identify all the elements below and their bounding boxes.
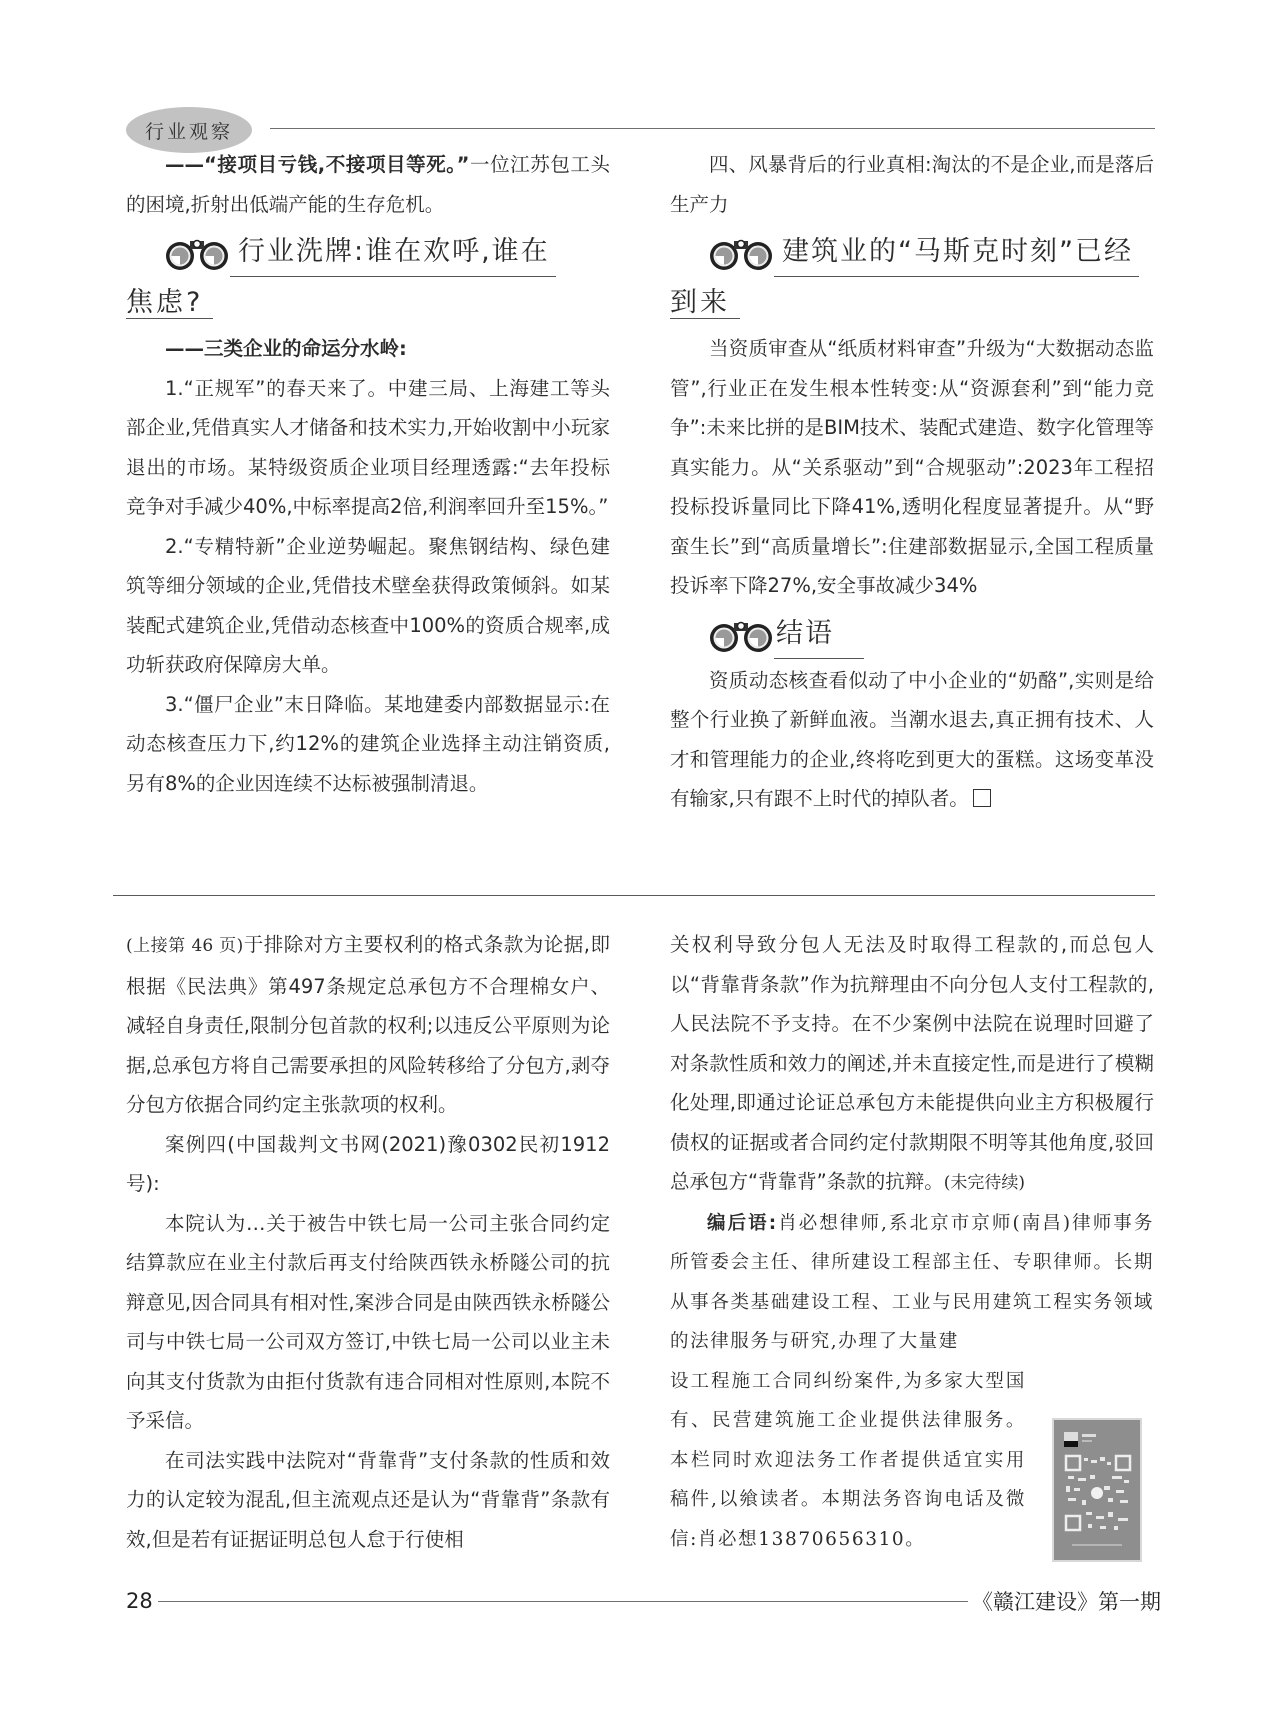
continued-paragraph: (上接第 46 页)于排除对方主要权利的格式条款为论据,即根据《民法典》第497…	[126, 925, 610, 1125]
intro-quote: ——“接项目亏钱,不接项目等死。”	[165, 153, 469, 176]
section-title-line2-wrap: 焦虑?	[126, 279, 610, 327]
intro-paragraph: ——“接项目亏钱,不接项目等死。”一位江苏包工头的困境,折射出低端产能的生存危机…	[126, 145, 610, 224]
top-right-column: 四、风暴背后的行业真相:淘汰的不是企业,而是落后生产力 建筑业的“马斯克时刻”已…	[670, 145, 1154, 819]
heading-four: 四、风暴背后的行业真相:淘汰的不是企业,而是落后生产力	[670, 145, 1154, 224]
court-opinion: 本院认为…关于被告中铁七局一公司主张合同约定结算款应在业主付款后再支付给陕西铁永…	[126, 1204, 610, 1441]
to-be-continued: (未完待续)	[944, 1173, 1025, 1193]
list-item: 3.“僵尸企业”末日降临。某地建委内部数据显示:在动态核查压力下,约12%的建筑…	[126, 685, 610, 804]
list-item: 1.“正规军”的春天来了。中建三局、上海建工等头部企业,凭借真实人才储备和技术实…	[126, 369, 610, 527]
binoculars-icon	[708, 619, 774, 653]
continuation-paragraph: 关权利导致分包人无法及时取得工程款的,而总包人以“背靠背条款”作为抗辩理由不向分…	[670, 925, 1154, 1204]
binoculars-icon	[164, 237, 230, 271]
magazine-issue: 《赣江建设》第一期	[972, 1586, 1161, 1616]
editor-note: 编后语:肖必想律师,系北京市京师(南昌)律师事务所管委会主任、律所建设工程部主任…	[670, 1204, 1154, 1362]
header-rule	[270, 128, 1155, 129]
page-number: 28	[126, 1589, 153, 1613]
wechat-qr-code	[1052, 1418, 1142, 1562]
body-paragraph: 当资质审查从“纸质材料审查”升级为“大数据动态监管”,行业正在发生根本性转变:从…	[670, 329, 1154, 606]
subheading: ——三类企业的命运分水岭:	[126, 329, 610, 369]
conclusion-title: 结语	[774, 610, 864, 659]
editor-note-continued: 设工程施工合同纠纷案件,为多家大型国有、民营建筑施工企业提供法律服务。本栏同时欢…	[670, 1362, 1026, 1560]
top-left-column: ——“接项目亏钱,不接项目等死。”一位江苏包工头的困境,折射出低端产能的生存危机…	[126, 145, 610, 803]
conclusion-paragraph: 资质动态核查看似动了中小企业的“奶酪”,实则是给整个行业换了新鲜血液。当潮水退去…	[670, 661, 1154, 819]
continued-text: 于排除对方主要权利的格式条款为论据,即根据《民法典》第497条规定总承包方不合理…	[126, 933, 610, 1116]
footer-rule	[158, 1601, 968, 1602]
continuation-text: 关权利导致分包人无法及时取得工程款的,而总包人以“背靠背条款”作为抗辩理由不向分…	[670, 933, 1154, 1193]
section-heading-reshuffle: 行业洗牌:谁在欢呼,谁在	[126, 228, 610, 277]
list-item: 2.“专精特新”企业逆势崛起。聚焦钢结构、绿色建筑等细分领域的企业,凭借技术壁垒…	[126, 527, 610, 685]
binoculars-icon	[708, 237, 774, 271]
section-title-line2-wrap: 到来	[670, 279, 1154, 327]
bottom-left-column: (上接第 46 页)于排除对方主要权利的格式条款为论据,即根据《民法典》第497…	[126, 925, 610, 1559]
qr-code-image	[1054, 1420, 1140, 1560]
section-heading-musk: 建筑业的“马斯克时刻”已经	[670, 228, 1154, 277]
practice-paragraph: 在司法实践中法院对“背靠背”支付条款的性质和效力的认定较为混乱,但主流观点还是认…	[126, 1441, 610, 1560]
section-title-line2: 到来	[670, 287, 740, 319]
continued-from-note: (上接第 46 页)	[126, 936, 243, 956]
section-title-line1: 建筑业的“马斯克时刻”已经	[774, 228, 1139, 277]
conclusion-text: 资质动态核查看似动了中小企业的“奶酪”,实则是给整个行业换了新鲜血液。当潮水退去…	[670, 669, 1154, 811]
section-title-line2: 焦虑?	[126, 287, 213, 319]
editor-label: 编后语:	[707, 1213, 778, 1234]
section-title-line1: 行业洗牌:谁在欢呼,谁在	[230, 228, 556, 277]
article-divider	[113, 895, 1155, 896]
case-reference: 案例四(中国裁判文书网(2021)豫0302民初1912号):	[126, 1125, 610, 1204]
end-mark-icon	[973, 789, 991, 807]
section-tag-label: 行业观察	[145, 117, 233, 144]
section-heading-conclusion: 结语	[670, 610, 1154, 659]
